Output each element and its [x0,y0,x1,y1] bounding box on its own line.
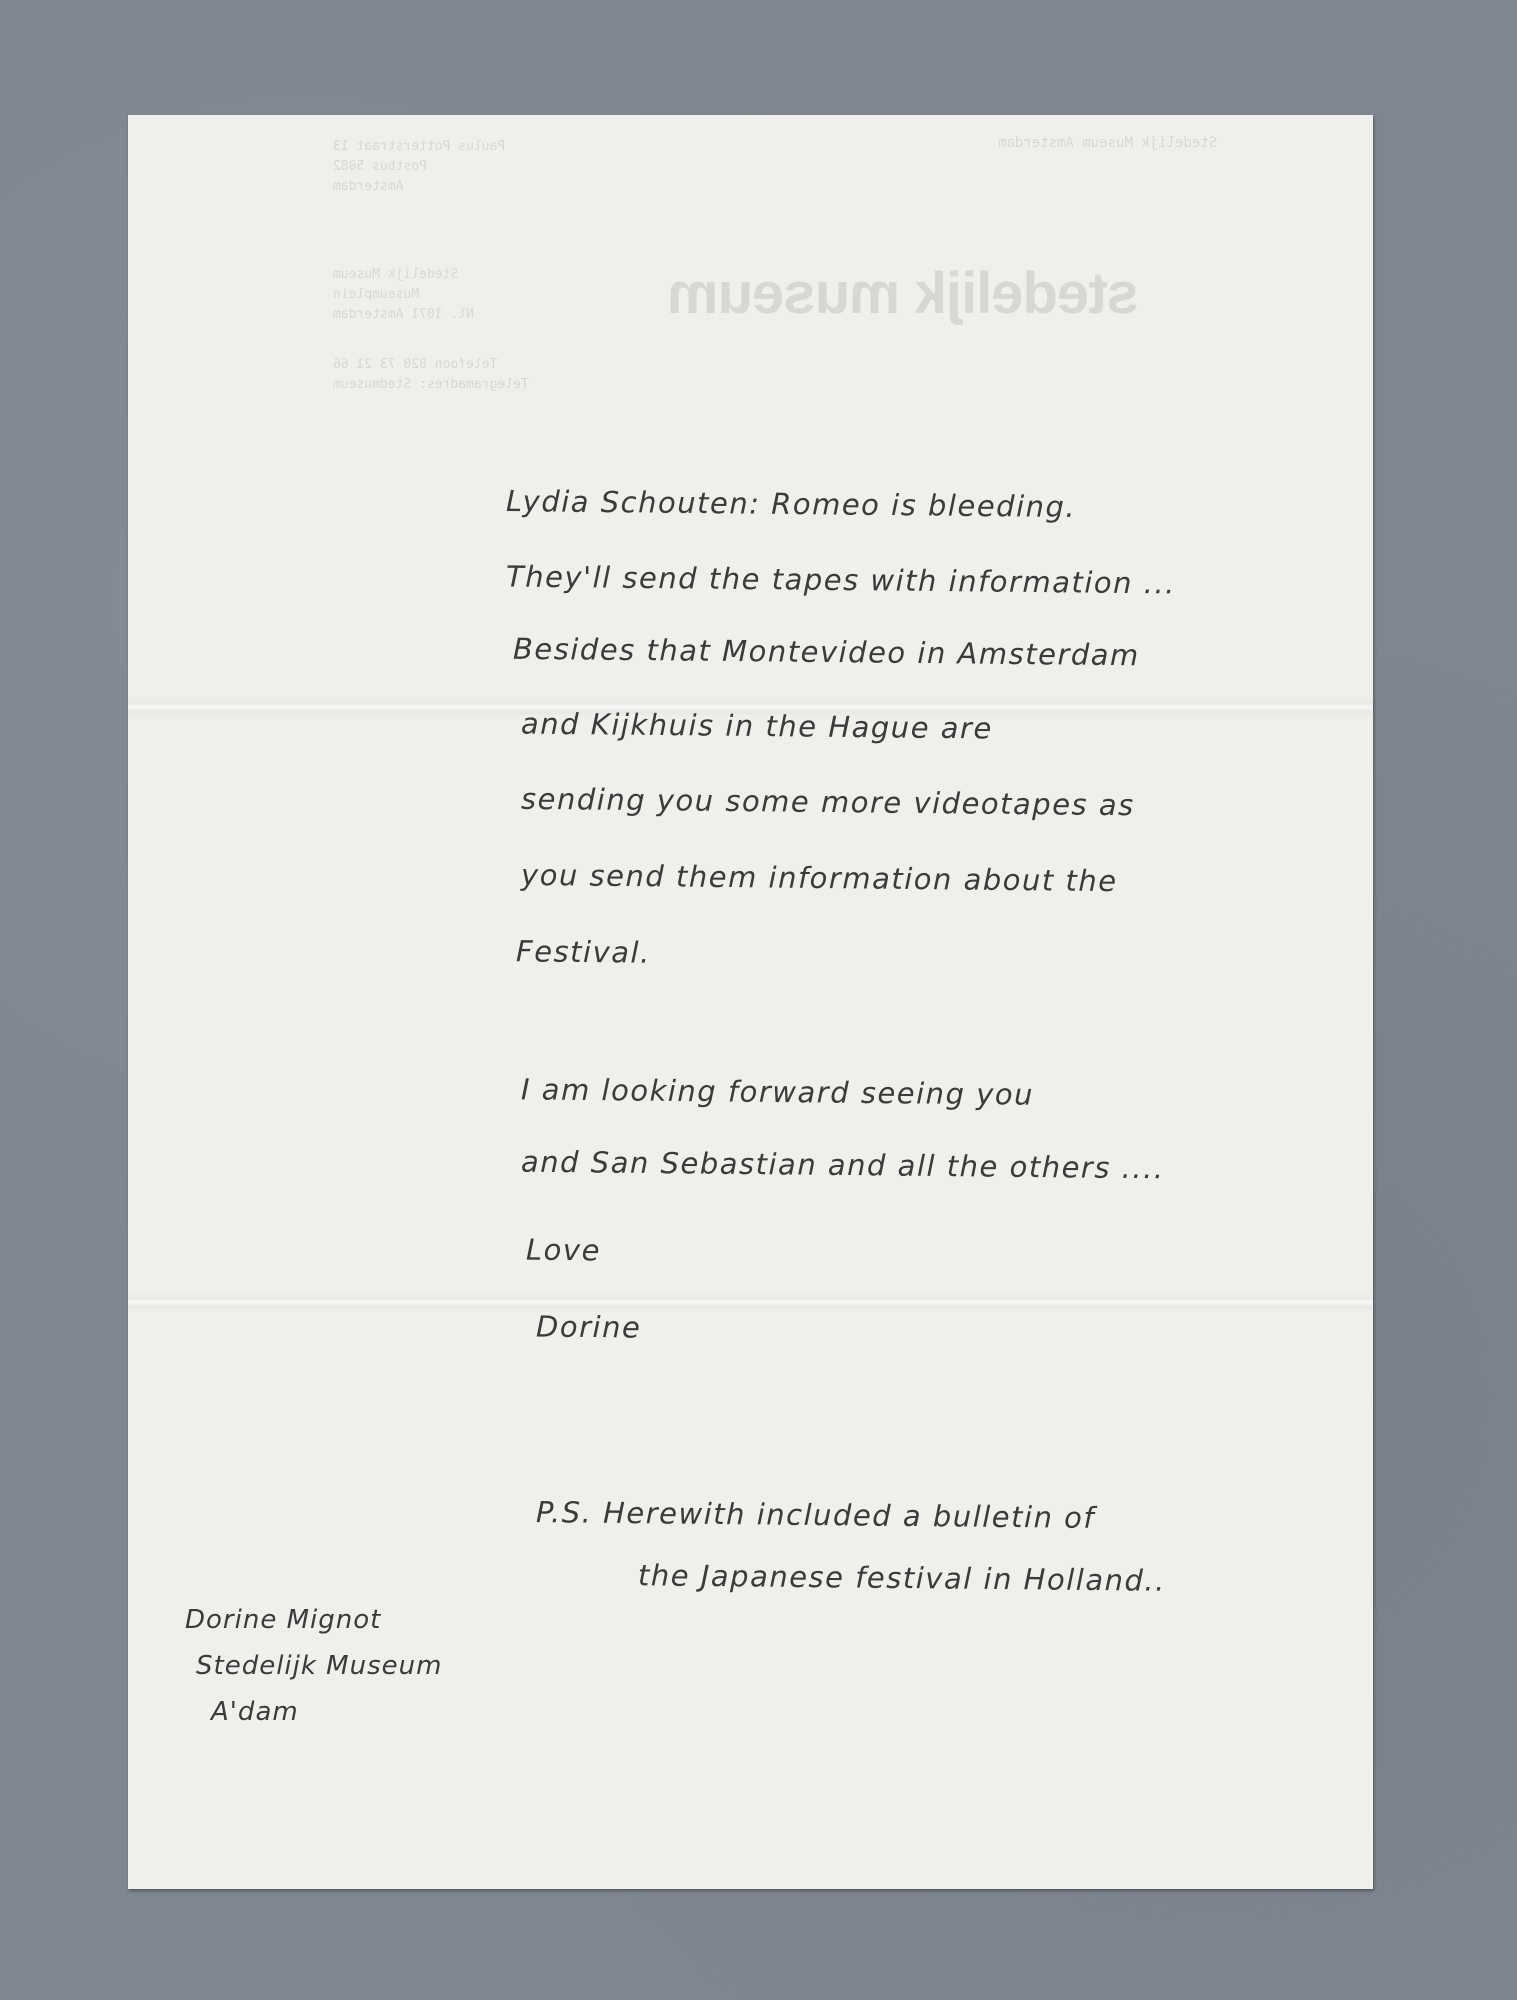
letter-line: They'll send the tapes with information … [506,559,1176,600]
letter-closing: Love [526,1233,601,1268]
letter-line: I am looking forward seeing you [521,1072,1034,1111]
letter-line: and Kijkhuis in the Hague are [521,707,993,746]
letter-line: Festival. [516,934,651,969]
letter-signature: Dorine [536,1309,642,1344]
sender-address-line: A'dam [211,1697,299,1727]
sender-address-line: Stedelijk Museum [196,1651,442,1681]
postscript-line: the Japanese festival in Holland.. [638,1558,1166,1598]
letterhead-logo-showthrough: stedelijk museum [668,260,1139,327]
letter-line: Besides that Montevideo in Amsterdam [513,632,1140,673]
letter-line: sending you some more videotapes as [521,782,1135,822]
letter-line: you send them information about the [521,858,1118,898]
letterhead-address-showthrough: Paulus Potterstraat 13 Postbus 5082 Amst… [333,137,563,197]
letterhead-tagline-showthrough: Stedelijk Museum Amsterdam [998,135,1217,151]
sender-address-line: Dorine Mignot [185,1605,381,1635]
letter-line: Lydia Schouten: Romeo is bleeding. [506,484,1076,524]
paper-fold-line [128,1290,1373,1312]
letterhead-contact-showthrough: Stedelijk Museum Museumplein Nl. 1071 Am… [333,265,563,325]
letterhead-phone-showthrough: Telefoon 020 73 21 66 Telegramadres: Ste… [333,355,563,395]
letter-sheet: Stedelijk Museum Amsterdam stedelijk mus… [128,115,1373,1889]
letter-line: and San Sebastian and all the others ...… [521,1145,1165,1186]
postscript-line: P.S. Herewith included a bulletin of [536,1495,1095,1535]
